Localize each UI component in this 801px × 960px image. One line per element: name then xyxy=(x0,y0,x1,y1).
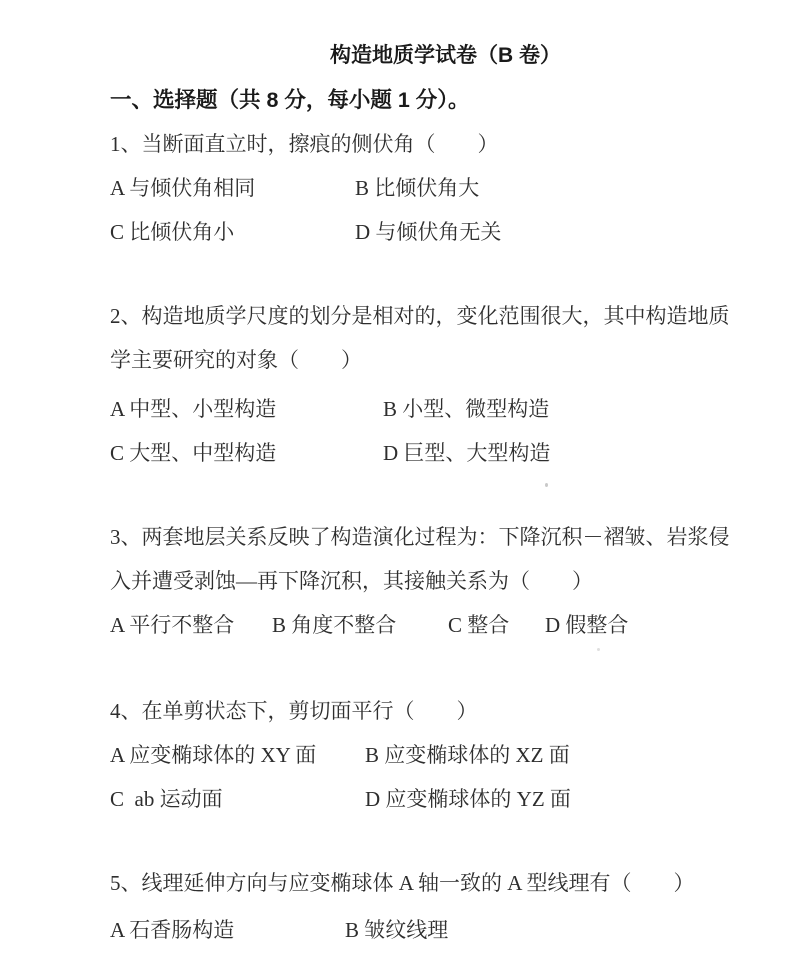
question-3: 3、两套地层关系反映了构造演化过程为：下降沉积－褶皱、岩浆侵 入并遭受剥蚀—再下… xyxy=(110,515,781,647)
option-row: C ab 运动面 D 应变椭球体的 YZ 面 xyxy=(110,777,781,821)
question-3-option-d: D 假整合 xyxy=(545,603,628,647)
option-row: C 大型、中型构造 D 巨型、大型构造 xyxy=(110,431,781,475)
question-2-option-d: D 巨型、大型构造 xyxy=(383,431,550,475)
question-4-option-d: D 应变椭球体的 YZ 面 xyxy=(365,777,571,821)
question-1-option-b: B 比倾伏角大 xyxy=(355,166,479,210)
question-3-options: A 平行不整合 B 角度不整合 C 整合 D 假整合 xyxy=(110,603,781,647)
question-5-options: A 石香肠构造 B 皱纹线理 xyxy=(110,908,781,952)
question-2-stem-line-2: 学主要研究的对象（ ） xyxy=(110,338,781,382)
question-4-option-b: B 应变椭球体的 XZ 面 xyxy=(365,733,570,777)
option-row: A 应变椭球体的 XY 面 B 应变椭球体的 XZ 面 xyxy=(110,733,781,777)
option-row: A 石香肠构造 B 皱纹线理 xyxy=(110,908,781,952)
question-3-option-a: A 平行不整合 xyxy=(110,603,272,647)
question-2: 2、构造地质学尺度的划分是相对的，变化范围很大，其中构造地质 学主要研究的对象（… xyxy=(110,294,781,475)
question-2-option-b: B 小型、微型构造 xyxy=(383,387,549,431)
question-1-option-a: A 与倾伏角相同 xyxy=(110,166,355,210)
option-row: A 平行不整合 B 角度不整合 C 整合 D 假整合 xyxy=(110,603,781,647)
question-1-stem: 1、当断面直立时，擦痕的侧伏角（ ） xyxy=(110,122,781,166)
option-row: C 比倾伏角小 D 与倾伏角无关 xyxy=(110,210,781,254)
scan-speck xyxy=(545,483,548,487)
question-2-option-a: A 中型、小型构造 xyxy=(110,387,383,431)
question-4-options: A 应变椭球体的 XY 面 B 应变椭球体的 XZ 面 C ab 运动面 D 应… xyxy=(110,733,781,821)
scan-speck xyxy=(597,648,600,651)
question-4: 4、在单剪状态下，剪切面平行（ ） A 应变椭球体的 XY 面 B 应变椭球体的… xyxy=(110,689,781,821)
option-row: A 与倾伏角相同 B 比倾伏角大 xyxy=(110,166,781,210)
question-3-stem-line-2: 入并遭受剥蚀—再下降沉积，其接触关系为（ ） xyxy=(110,559,781,603)
question-5-option-b: B 皱纹线理 xyxy=(345,908,448,952)
question-3-option-b: B 角度不整合 xyxy=(272,603,448,647)
question-4-stem: 4、在单剪状态下，剪切面平行（ ） xyxy=(110,689,781,733)
question-1-option-c: C 比倾伏角小 xyxy=(110,210,355,254)
question-1: 1、当断面直立时，擦痕的侧伏角（ ） A 与倾伏角相同 B 比倾伏角大 C 比倾… xyxy=(110,122,781,254)
question-5-option-a: A 石香肠构造 xyxy=(110,908,345,952)
section-heading: 一、选择题（共 8 分，每小题 1 分）。 xyxy=(110,78,781,122)
page-title: 构造地质学试卷（B 卷） xyxy=(110,34,781,78)
question-1-option-d: D 与倾伏角无关 xyxy=(355,210,501,254)
option-row: A 中型、小型构造 B 小型、微型构造 xyxy=(110,387,781,431)
question-2-stem-line-1: 2、构造地质学尺度的划分是相对的，变化范围很大，其中构造地质 xyxy=(110,294,781,338)
exam-paper-page: 构造地质学试卷（B 卷） 一、选择题（共 8 分，每小题 1 分）。 1、当断面… xyxy=(0,0,801,960)
question-5-stem: 5、线理延伸方向与应变椭球体 A 轴一致的 A 型线理有（ ） xyxy=(110,861,781,905)
question-2-option-c: C 大型、中型构造 xyxy=(110,431,383,475)
question-2-options: A 中型、小型构造 B 小型、微型构造 C 大型、中型构造 D 巨型、大型构造 xyxy=(110,387,781,475)
question-4-option-c: C ab 运动面 xyxy=(110,777,365,821)
question-1-options: A 与倾伏角相同 B 比倾伏角大 C 比倾伏角小 D 与倾伏角无关 xyxy=(110,166,781,254)
question-3-option-c: C 整合 xyxy=(448,603,545,647)
question-4-option-a: A 应变椭球体的 XY 面 xyxy=(110,733,365,777)
question-3-stem-line-1: 3、两套地层关系反映了构造演化过程为：下降沉积－褶皱、岩浆侵 xyxy=(110,515,781,559)
question-5: 5、线理延伸方向与应变椭球体 A 轴一致的 A 型线理有（ ） A 石香肠构造 … xyxy=(110,861,781,952)
